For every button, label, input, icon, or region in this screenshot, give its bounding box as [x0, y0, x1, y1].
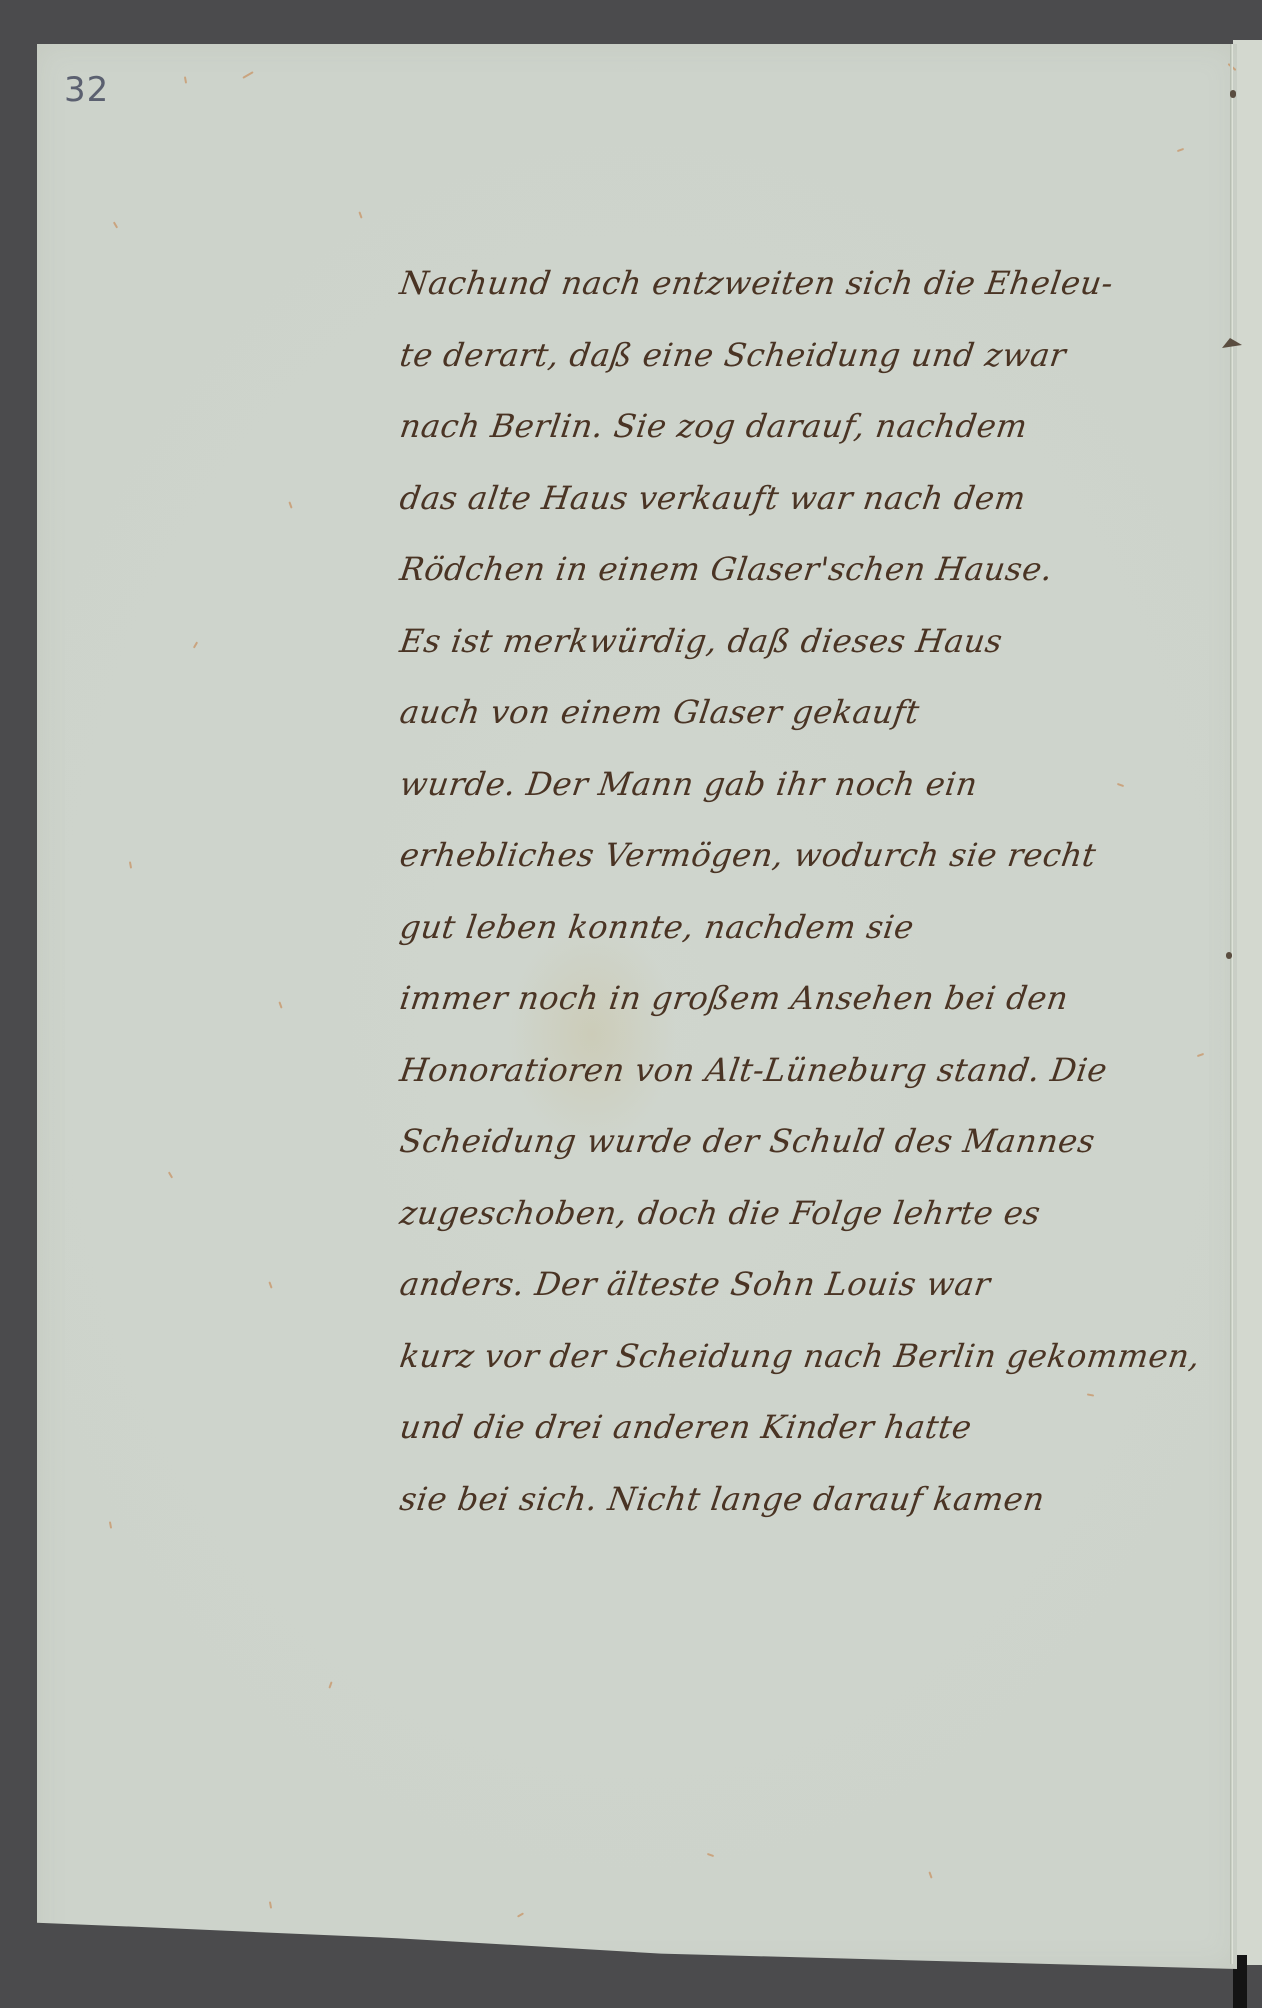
paper-fleck: [288, 501, 292, 508]
text-line: wurde. Der Mann gab ihr noch ein: [395, 749, 1105, 821]
text-line: Honoratioren von Alt-Lüneburg stand. Die: [395, 1035, 1105, 1107]
text-line: auch von einem Glaser gekauft: [395, 677, 1105, 749]
paper-fleck: [707, 1853, 714, 1857]
text-line: zugeschoben, doch die Folge lehrte es: [395, 1178, 1105, 1250]
text-line: erhebliches Vermögen, wodurch sie recht: [395, 820, 1105, 892]
text-line: te derart, daß eine Scheidung und zwar: [395, 320, 1105, 392]
text-line: sie bei sich. Nicht lange darauf kamen: [395, 1464, 1105, 1536]
facing-page-edge: [1233, 40, 1262, 1965]
paper-fleck: [113, 221, 118, 228]
text-line: gut leben konnte, nachdem sie: [395, 892, 1105, 964]
text-line: anders. Der älteste Sohn Louis war: [395, 1249, 1105, 1321]
paper-fleck: [193, 641, 198, 648]
paper-fleck: [242, 71, 253, 79]
text-line: kurz vor der Scheidung nach Berlin gekom…: [395, 1321, 1105, 1393]
paper-fleck: [1177, 148, 1184, 152]
paper-fleck: [129, 861, 132, 868]
text-line: Rödchen in einem Glaser'schen Hause.: [395, 534, 1105, 606]
text-line: nach Berlin. Sie zog darauf, nachdem: [395, 391, 1105, 463]
paper-fleck: [184, 76, 187, 83]
paper-fleck: [269, 1901, 272, 1908]
paper-fleck: [517, 1912, 524, 1917]
text-line: immer noch in großem Ansehen bei den: [395, 963, 1105, 1035]
paper-fleck: [278, 1001, 282, 1008]
text-line: das alte Haus verkauft war nach dem: [395, 463, 1105, 535]
text-line: Nachund nach entzweiten sich die Eheleu-: [395, 248, 1105, 320]
scan-viewer: 32 Nachund nach entzweiten sich die Ehel…: [0, 0, 1262, 2008]
paper-fleck: [1117, 783, 1124, 787]
paper-fleck: [928, 1871, 932, 1878]
text-line: und die drei anderen Kinder hatte: [395, 1392, 1105, 1464]
page-gutter-fold: [1230, 44, 1233, 1964]
paper-fleck: [1197, 1053, 1204, 1057]
paper-fleck: [168, 1171, 173, 1178]
paper-fleck: [358, 211, 362, 218]
paper-fleck: [268, 1281, 272, 1288]
folio-number: 32: [64, 70, 109, 110]
paper-fleck: [328, 1681, 332, 1688]
paper-damage-mark: [1226, 952, 1232, 959]
handwritten-text-block: Nachund nach entzweiten sich die Eheleu-…: [395, 248, 1095, 1535]
paper-damage-mark: [1230, 90, 1236, 98]
text-line: Scheidung wurde der Schuld des Mannes: [395, 1106, 1105, 1178]
text-line: Es ist merkwürdig, daß dieses Haus: [395, 606, 1105, 678]
paper-fleck: [109, 1521, 112, 1528]
